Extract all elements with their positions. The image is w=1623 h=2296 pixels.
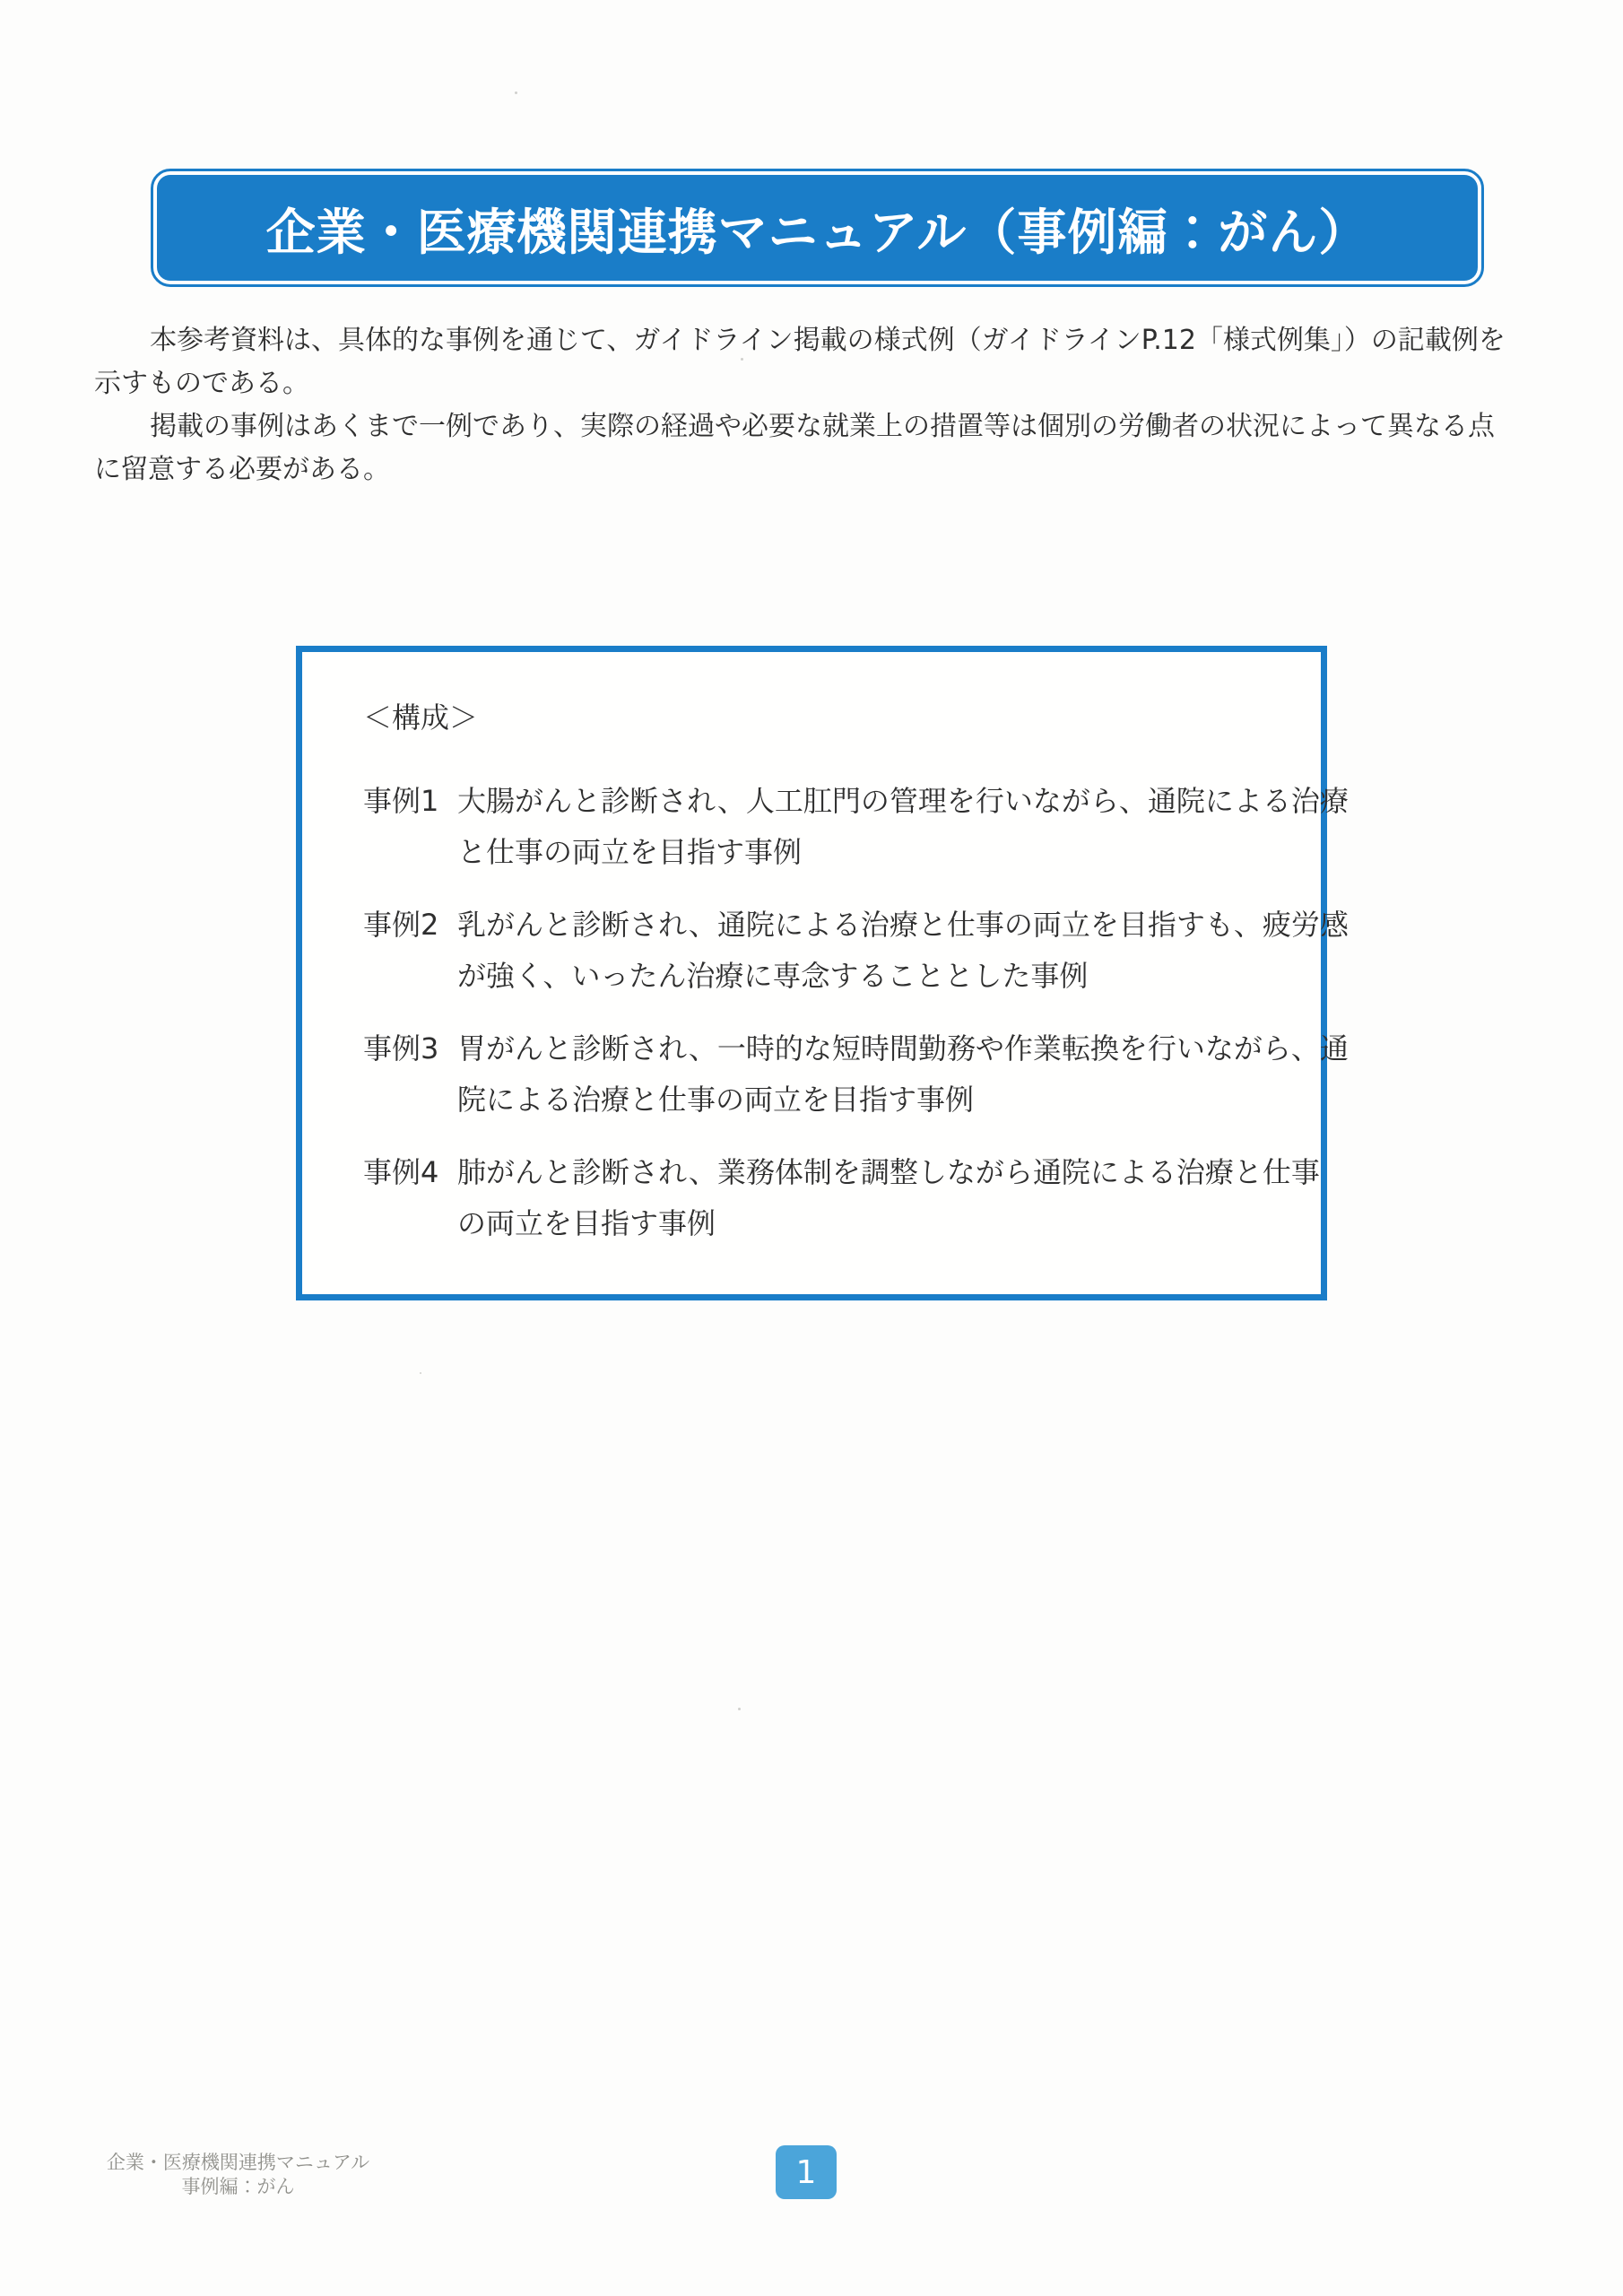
case-item-1-line-1: 大腸がんと診断され、人工肛門の管理を行いながら、通院による治療 xyxy=(457,776,1349,827)
composition-box: ＜構成＞ 事例1 大腸がんと診断され、人工肛門の管理を行いながら、通院による治療… xyxy=(296,646,1327,1300)
title-banner: 企業・医療機関連携マニュアル（事例編：がん） xyxy=(151,169,1484,287)
title-banner-fill: 企業・医療機関連携マニュアル（事例編：がん） xyxy=(157,175,1478,281)
case-item-3-line-1: 胃がんと診断され、一時的な短時間勤務や作業転換を行いながら、通 xyxy=(457,1023,1349,1074)
case-item-3: 事例3 胃がんと診断され、一時的な短時間勤務や作業転換を行いながら、通 院による… xyxy=(363,1023,1285,1126)
footer-doc-title-line-2: 事例編：がん xyxy=(106,2175,370,2199)
intro-line-2: 示すものである。 xyxy=(94,362,1493,405)
case-item-4-line-2: の両立を目指す事例 xyxy=(457,1198,1320,1249)
scan-speck xyxy=(420,1372,421,1374)
case-item-3-label: 事例3 xyxy=(363,1023,457,1126)
case-item-1-label: 事例1 xyxy=(363,776,457,878)
intro-paragraphs: 本参考資料は、具体的な事例を通じて、ガイドライン掲載の様式例（ガイドラインP.1… xyxy=(94,319,1493,491)
case-item-2-line-1: 乳がんと診断され、通院による治療と仕事の両立を目指すも、疲労感 xyxy=(457,900,1349,951)
intro-line-4: に留意する必要がある。 xyxy=(94,448,1493,491)
intro-line-1: 本参考資料は、具体的な事例を通じて、ガイドライン掲載の様式例（ガイドラインP.1… xyxy=(94,319,1493,362)
case-item-3-text: 胃がんと診断され、一時的な短時間勤務や作業転換を行いながら、通 院による治療と仕… xyxy=(457,1023,1349,1126)
case-item-1: 事例1 大腸がんと診断され、人工肛門の管理を行いながら、通院による治療 と仕事の… xyxy=(363,776,1285,878)
case-item-1-text: 大腸がんと診断され、人工肛門の管理を行いながら、通院による治療 と仕事の両立を目… xyxy=(457,776,1349,878)
case-item-3-line-2: 院による治療と仕事の両立を目指す事例 xyxy=(457,1074,1349,1126)
page-number-badge: 1 xyxy=(776,2145,837,2199)
page-number: 1 xyxy=(796,2154,817,2191)
scan-speck xyxy=(741,358,743,361)
case-item-4-text: 肺がんと診断され、業務体制を調整しながら通院による治療と仕事 の両立を目指す事例 xyxy=(457,1147,1320,1249)
composition-heading: ＜構成＞ xyxy=(363,702,1321,733)
case-item-1-line-2: と仕事の両立を目指す事例 xyxy=(457,827,1349,878)
case-item-2-label: 事例2 xyxy=(363,900,457,1002)
page-title: 企業・医療機関連携マニュアル（事例編：がん） xyxy=(266,193,1369,264)
document-page: 企業・医療機関連携マニュアル（事例編：がん） 本参考資料は、具体的な事例を通じて… xyxy=(0,0,1623,2296)
composition-items: 事例1 大腸がんと診断され、人工肛門の管理を行いながら、通院による治療 と仕事の… xyxy=(302,776,1321,1249)
case-item-4-label: 事例4 xyxy=(363,1147,457,1249)
footer-doc-title: 企業・医療機関連携マニュアル 事例編：がん xyxy=(106,2151,370,2199)
case-item-2-line-2: が強く、いったん治療に専念することとした事例 xyxy=(457,951,1349,1002)
case-item-2: 事例2 乳がんと診断され、通院による治療と仕事の両立を目指すも、疲労感 が強く、… xyxy=(363,900,1285,1002)
scan-speck xyxy=(738,1708,741,1710)
scan-speck xyxy=(515,91,517,94)
case-item-2-text: 乳がんと診断され、通院による治療と仕事の両立を目指すも、疲労感 が強く、いったん… xyxy=(457,900,1349,1002)
case-item-4: 事例4 肺がんと診断され、業務体制を調整しながら通院による治療と仕事 の両立を目… xyxy=(363,1147,1285,1249)
intro-line-3: 掲載の事例はあくまで一例であり、実際の経過や必要な就業上の措置等は個別の労働者の… xyxy=(94,405,1493,448)
footer-doc-title-line-1: 企業・医療機関連携マニュアル xyxy=(106,2151,370,2175)
case-item-4-line-1: 肺がんと診断され、業務体制を調整しながら通院による治療と仕事 xyxy=(457,1147,1320,1198)
